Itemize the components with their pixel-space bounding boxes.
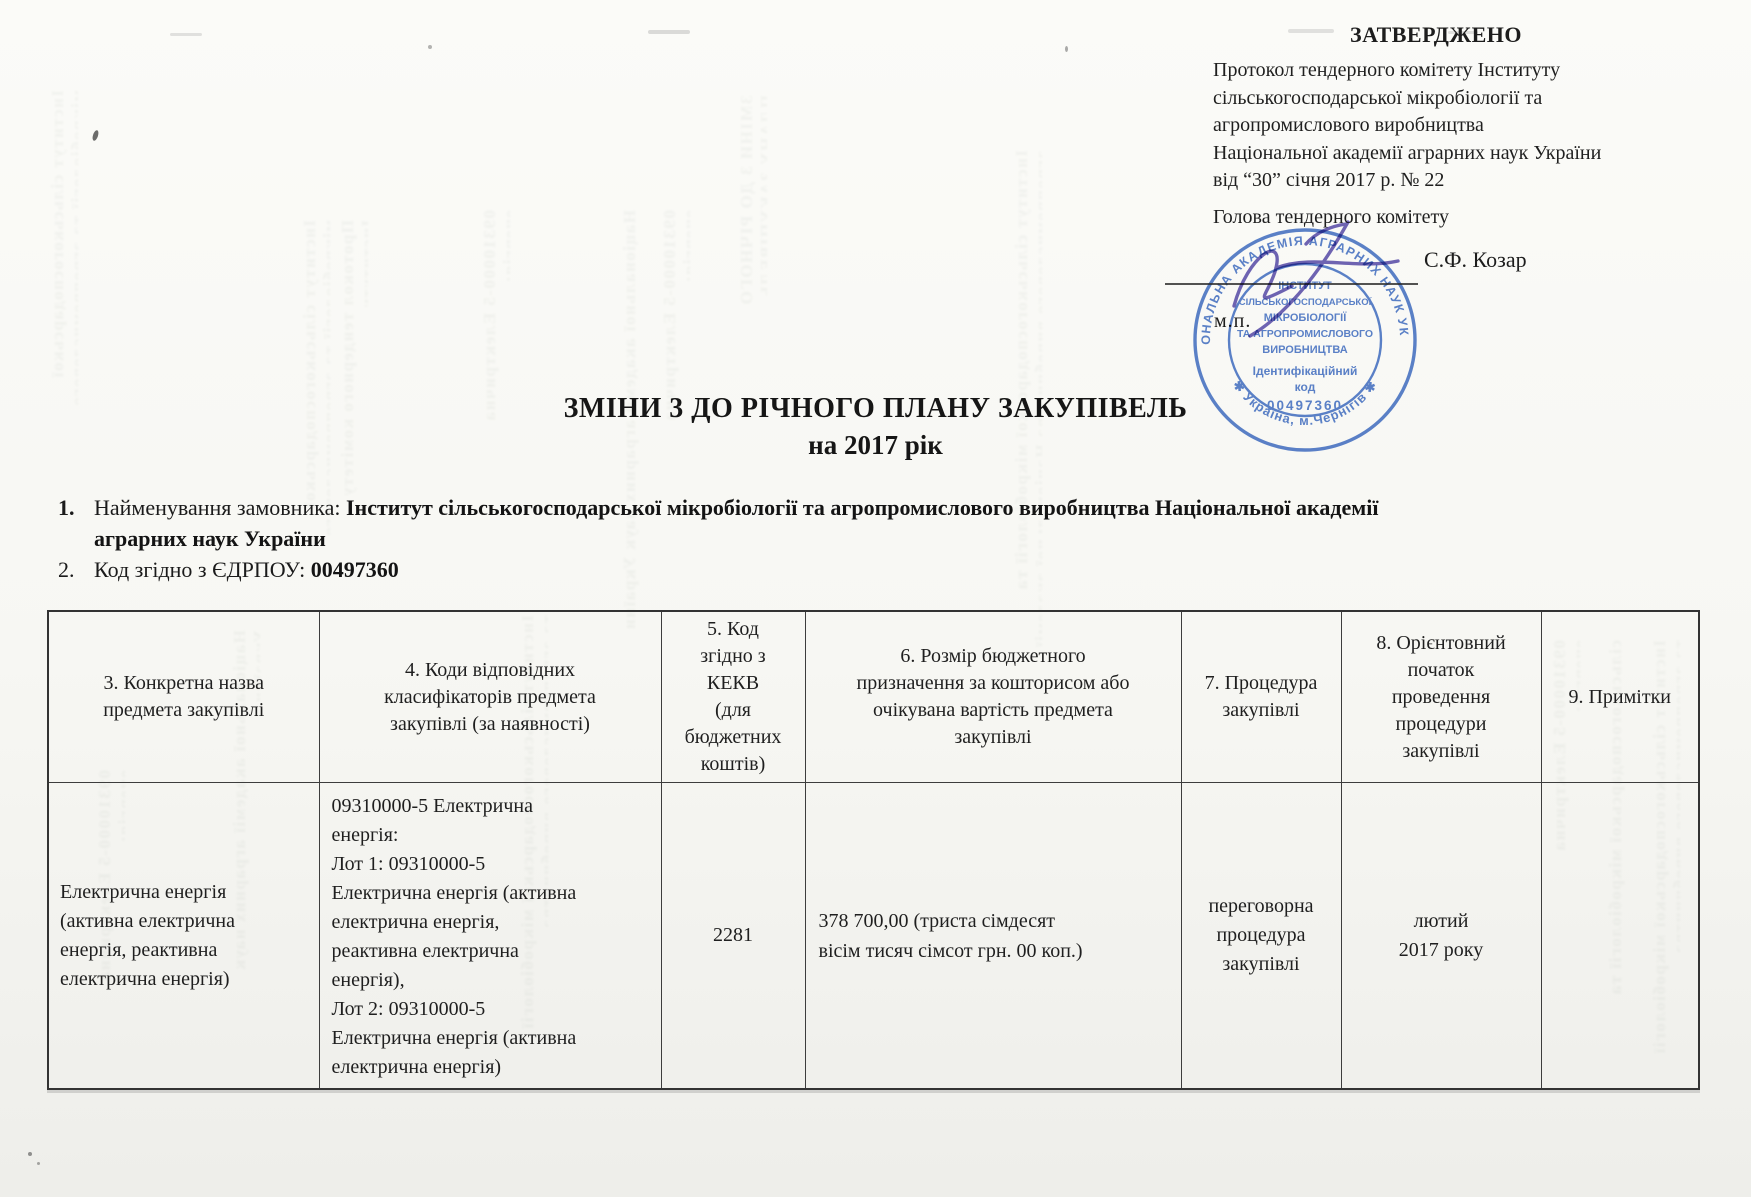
approval-block: ЗАТВЕРДЖЕНО Протокол тендерного комітету… bbox=[1213, 22, 1659, 195]
scanned-document-page: Інститут сільськогосподарської мікробіол… bbox=[0, 0, 1751, 1197]
procurement-table-wrapper: 3. Конкретна назва предмета закупівлі 4.… bbox=[47, 610, 1700, 1090]
approval-line: Протокол тендерного комітету Інституту bbox=[1213, 57, 1659, 85]
chair-name: С.Ф. Козар bbox=[1424, 247, 1527, 273]
scan-speck bbox=[170, 33, 202, 36]
stamp-center-line: код bbox=[1295, 380, 1316, 394]
table-row: Електрична енергія (активна електрична е… bbox=[48, 783, 1699, 1090]
scan-speck bbox=[28, 1152, 32, 1156]
scan-speck bbox=[37, 1162, 40, 1165]
intro-list: 1.Найменування замовника: Інститут сільс… bbox=[58, 492, 1438, 585]
stamp-code-number: 00497360 bbox=[1267, 398, 1343, 413]
cell-notes bbox=[1541, 783, 1699, 1090]
procurement-table: 3. Конкретна назва предмета закупівлі 4.… bbox=[47, 610, 1700, 1090]
scan-speck bbox=[91, 129, 99, 141]
approval-heading: ЗАТВЕРДЖЕНО bbox=[1213, 22, 1659, 48]
header-cell-classifier-codes: 4. Коди відповідних класифікаторів предм… bbox=[319, 611, 661, 783]
scan-speck bbox=[1065, 46, 1068, 52]
stamp-center-line: Ідентифікаційний bbox=[1253, 364, 1358, 378]
list-item-edrpou: 2.Код згідно з ЄДРПОУ: 00497360 bbox=[58, 554, 1438, 585]
item-number: 1. bbox=[58, 492, 75, 523]
cell-kekv-code: 2281 bbox=[661, 783, 805, 1090]
document-subtitle: на 2017 рік bbox=[0, 430, 1751, 461]
item-label: Найменування замовника: bbox=[94, 495, 346, 520]
item-label: Код згідно з ЄДРПОУ: bbox=[94, 557, 311, 582]
header-cell-procedure: 7. Процедура закупівлі bbox=[1181, 611, 1341, 783]
table-header-row: 3. Конкретна назва предмета закупівлі 4.… bbox=[48, 611, 1699, 783]
header-cell-notes: 9. Примітки bbox=[1541, 611, 1699, 783]
signature-scribble bbox=[1196, 214, 1410, 346]
scan-speck bbox=[428, 45, 432, 49]
cell-classifier-codes: 09310000-5 Електрична енергія: Лот 1: 09… bbox=[319, 783, 661, 1090]
list-item-customer: 1.Найменування замовника: Інститут сільс… bbox=[58, 492, 1438, 554]
header-cell-kekv-code: 5. Код згідно з КЕКВ (для бюджетних кошт… bbox=[661, 611, 805, 783]
approval-protocol-text: Протокол тендерного комітету Інституту с… bbox=[1213, 57, 1659, 195]
approval-line: від “30” січня 2017 р. № 22 bbox=[1213, 167, 1659, 195]
edrpou-code: 00497360 bbox=[311, 557, 399, 582]
approval-line: агропромислового виробництва bbox=[1213, 112, 1659, 140]
cell-budget-amount: 378 700,00 (триста сімдесят вісім тисяч … bbox=[805, 783, 1181, 1090]
cell-start-date: лютий 2017 року bbox=[1341, 783, 1541, 1090]
scan-speck bbox=[648, 30, 690, 34]
header-cell-budget-amount: 6. Розмір бюджетного призначення за кошт… bbox=[805, 611, 1181, 783]
document-title-block: ЗМІНИ 3 ДО РІЧНОГО ПЛАНУ ЗАКУПІВЕЛЬ на 2… bbox=[0, 393, 1751, 461]
header-cell-subject-name: 3. Конкретна назва предмета закупівлі bbox=[48, 611, 319, 783]
header-cell-start-date: 8. Орієнтовний початок проведення процед… bbox=[1341, 611, 1541, 783]
cell-procedure: переговорна процедура закупівлі bbox=[1181, 783, 1341, 1090]
cell-subject-name: Електрична енергія (активна електрична е… bbox=[48, 783, 319, 1090]
approval-line: сільськогосподарської мікробіології та bbox=[1213, 85, 1659, 113]
bleed-through-column: ЗМІНИ 3 ДО РІЧНОГО ПЛАНУ ЗАКУПІВЕЛЬ bbox=[737, 95, 767, 355]
item-number: 2. bbox=[58, 554, 75, 585]
document-title: ЗМІНИ 3 ДО РІЧНОГО ПЛАНУ ЗАКУПІВЕЛЬ bbox=[0, 393, 1751, 425]
approval-line: Національної академії аграрних наук Укра… bbox=[1213, 140, 1659, 168]
